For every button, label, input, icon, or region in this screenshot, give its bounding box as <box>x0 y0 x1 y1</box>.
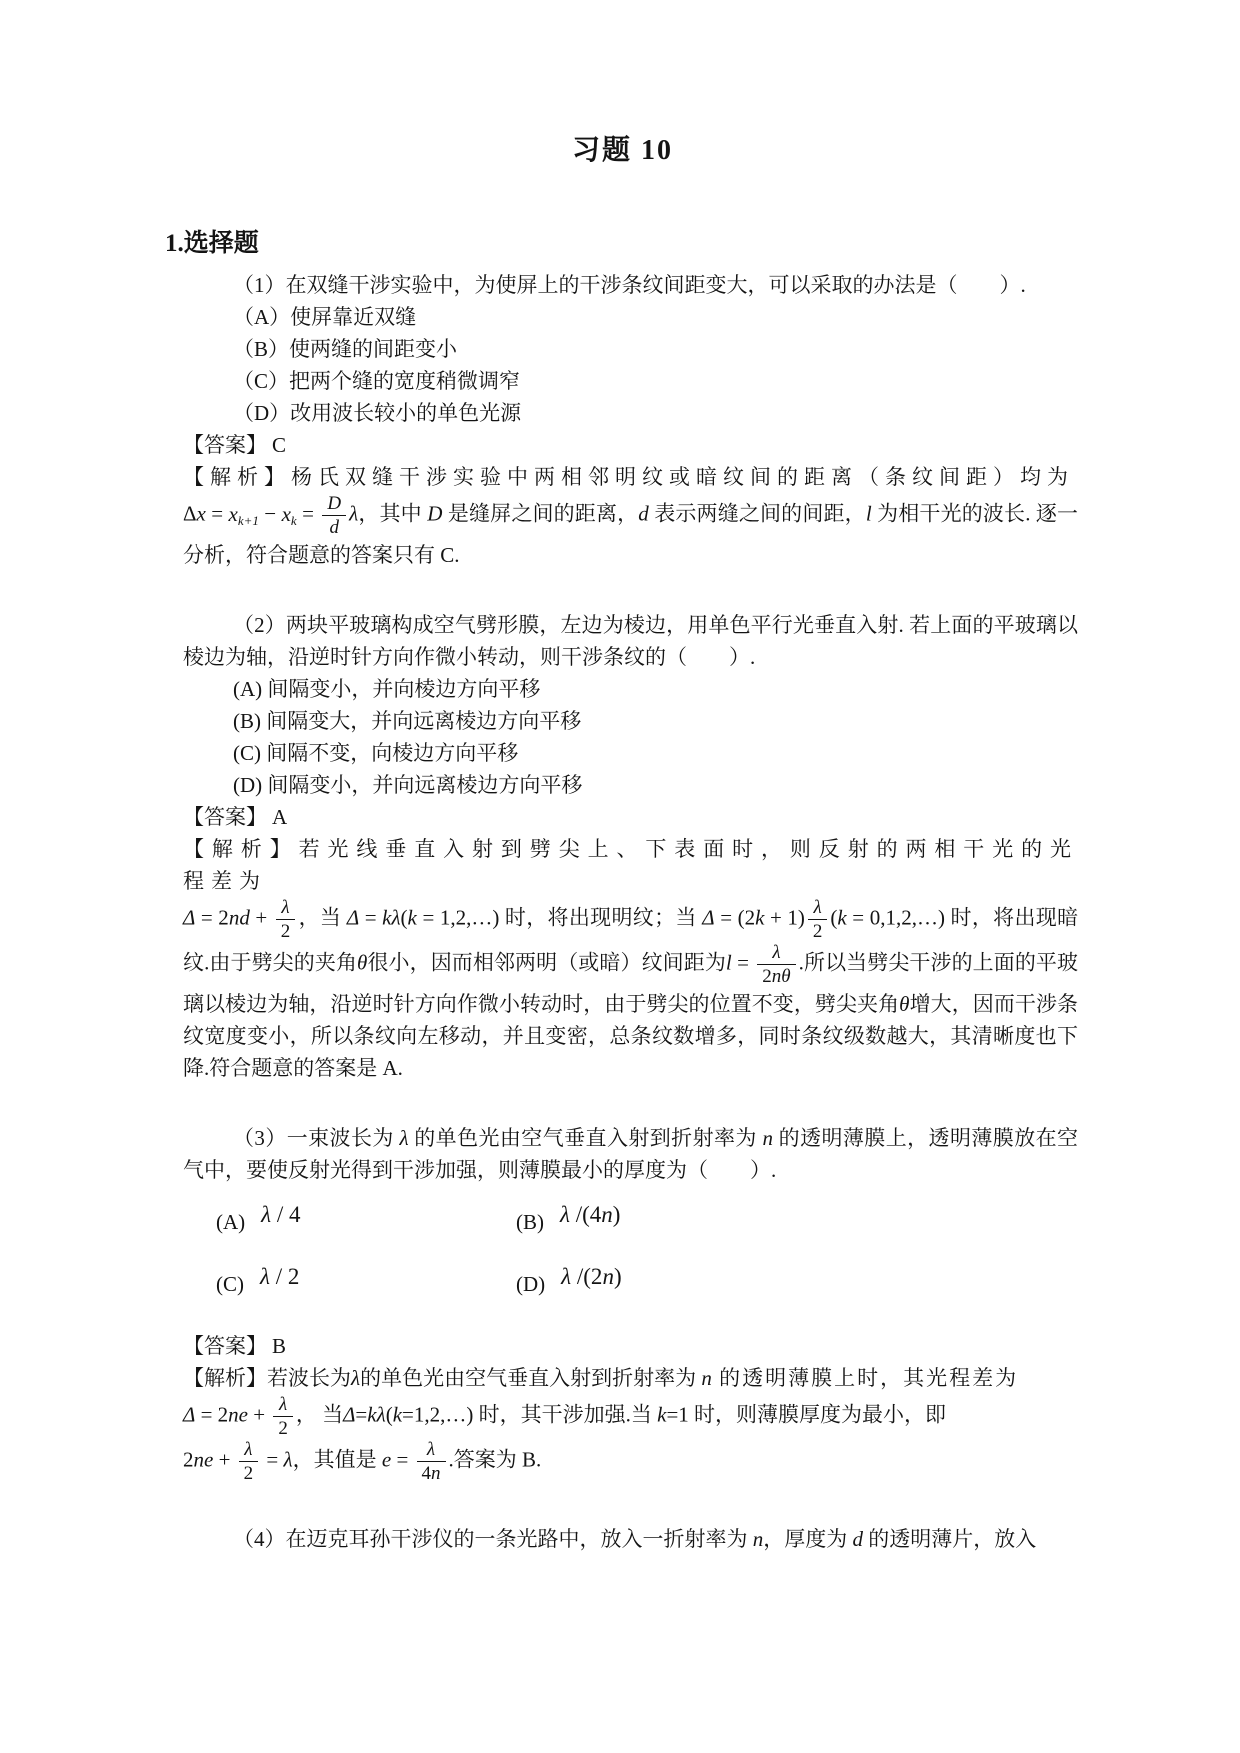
math-run: + <box>250 905 273 929</box>
q3-answer-value: B <box>272 1334 286 1358</box>
math-run: λ <box>244 1439 252 1460</box>
math-run: / 4 <box>271 1202 300 1227</box>
math-run: =1 <box>666 1402 688 1426</box>
q2-analysis: 【解析】若光线垂直入射到劈尖上、下表面时，则反射的两相干光的光程差为Δ = 2n… <box>183 833 1078 1084</box>
math-run: λ <box>279 1394 287 1415</box>
q3-answer: 【答案】B <box>183 1330 1078 1362</box>
q3-option-d: (D) λ /(2n) <box>516 1268 816 1300</box>
q3-option-a-label: (A) <box>216 1206 245 1238</box>
text-run: 的透明薄膜上时，其光程差为 <box>712 1366 1018 1390</box>
math-run: d <box>638 502 649 526</box>
text-run: 【解析】若光线垂直入射到劈尖上、下表面时，则反射的两相干光的光程差为 <box>183 837 1078 893</box>
math-run: n <box>753 1527 764 1551</box>
text-run: ，其中 <box>358 502 427 526</box>
math-run: x <box>197 502 206 526</box>
text-run: ， 当 <box>296 1402 343 1426</box>
text-run: 的透明薄片，放入 <box>863 1527 1036 1551</box>
q2-option-d: (D) 间隔变小，并向远离棱边方向平移 <box>183 769 1078 801</box>
fraction: λ2 <box>276 897 296 943</box>
document-page: 习题 10 1.选择题 （1）在双缝干涉实验中，为使屏上的干涉条纹间距变大，可以… <box>0 0 1240 1753</box>
math-run: λ <box>814 897 822 918</box>
math-run: = 2 <box>195 1402 228 1426</box>
math-run: λ <box>281 897 289 918</box>
text-run: 【解析】杨氏双缝干涉实验中两相邻明纹或暗纹间的距离（条纹间距）均为 <box>183 465 1074 489</box>
math-run: k <box>408 905 417 929</box>
math-run: D <box>427 502 442 526</box>
math-run: + 1) <box>764 905 804 929</box>
fraction: λ2nθ <box>757 942 795 988</box>
subscripted-variable: xk <box>282 502 297 526</box>
q1-answer: 【答案】C <box>183 429 1078 461</box>
math-run: =1,2,…) <box>402 1402 473 1426</box>
fraction: λ2 <box>273 1394 293 1440</box>
math-run: e <box>382 1448 391 1472</box>
q2-answer: 【答案】A <box>183 801 1078 833</box>
question-4: （4）在迈克耳孙干涉仪的一条光路中，放入一折射率为 n，厚度为 d 的透明薄片，… <box>183 1523 1078 1555</box>
math-run: = <box>732 951 755 975</box>
text-run: 【解析】若波长为 <box>183 1366 351 1390</box>
math-run: n <box>602 1264 614 1289</box>
q3-option-d-label: (D) <box>516 1268 545 1300</box>
math-run: = <box>206 502 229 526</box>
text-run: 的单色光由空气垂直入射到折射率为 <box>360 1366 701 1390</box>
math-run: θ <box>357 951 367 975</box>
spacer <box>183 1084 1078 1122</box>
q3-option-b-label: (B) <box>516 1206 544 1238</box>
math-run: Δ <box>183 1402 195 1426</box>
math-run: D <box>327 493 341 514</box>
math-run: /(2 <box>571 1264 602 1289</box>
math-run: ( <box>386 1402 393 1426</box>
math-run: d <box>853 1527 864 1551</box>
math-run: λ <box>349 502 358 526</box>
section-heading: 1.选择题 <box>165 223 1080 259</box>
math-run: = 0,1,2,…) <box>847 905 945 929</box>
text-run: 表示两缝之间的间距， <box>649 502 866 526</box>
math-run: k <box>393 1402 402 1426</box>
math-run: = (2 <box>715 905 755 929</box>
text-run: ，厚度为 <box>763 1527 852 1551</box>
math-run: λ <box>351 1366 360 1390</box>
question-1: （1）在双缝干涉实验中，为使屏上的干涉条纹间距变大，可以采取的办法是（ ）. （… <box>183 269 1078 571</box>
math-run: Δ <box>183 502 197 526</box>
q1-option-d: （D）改用波长较小的单色光源 <box>183 397 1078 429</box>
q3-analysis: 【解析】若波长为λ的单色光由空气垂直入射到折射率为 n 的透明薄膜上时，其光程差… <box>183 1362 1078 1485</box>
q3-options: (A) λ / 4 (B) λ /(4n) (C) λ / 2 (D) <box>216 1206 1078 1300</box>
math-run: Δ <box>347 905 359 929</box>
q3-answer-label: 【答案】 <box>183 1334 267 1358</box>
math-run: = <box>391 1448 413 1472</box>
q3-option-b: (B) λ /(4n) <box>516 1206 816 1238</box>
fraction: λ2 <box>239 1439 259 1485</box>
math-run: 2 <box>281 921 291 942</box>
text-run: 是缝屏之间的距离， <box>442 502 638 526</box>
page-title: 习题 10 <box>165 128 1080 168</box>
math-run: k <box>837 905 846 929</box>
math-run: λ <box>560 1202 570 1227</box>
text-run: 很小，因而相邻两明（或暗）纹间距为 <box>367 951 726 975</box>
q3-option-a-formula: λ / 4 <box>261 1199 300 1231</box>
text-run: ，其值是 <box>293 1448 382 1472</box>
math-run: 2 <box>244 1463 254 1484</box>
math-run: = 1,2,…) <box>417 905 499 929</box>
math-run: / 2 <box>270 1264 299 1289</box>
spacer <box>183 571 1078 609</box>
math-run: = <box>261 1448 283 1472</box>
math-run: = <box>355 1402 367 1426</box>
math-run: = <box>297 502 320 526</box>
fraction: λ4n <box>417 1439 446 1485</box>
math-run: /(4 <box>570 1202 601 1227</box>
question-3: （3）一束波长为 λ 的单色光由空气垂直入射到折射率为 n 的透明薄膜上，透明薄… <box>183 1122 1078 1485</box>
question-2: （2）两块平玻璃构成空气劈形膜，左边为棱边，用单色平行光垂直入射. 若上面的平玻… <box>183 609 1078 1084</box>
q3-option-row-2: (C) λ / 2 (D) λ /(2n) <box>216 1268 1078 1300</box>
math-run: ne <box>228 1402 248 1426</box>
math-run: = <box>359 905 382 929</box>
math-run: 2 <box>183 1448 194 1472</box>
math-run: − <box>259 502 282 526</box>
math-run: kλ <box>367 1402 385 1426</box>
text-run: 的单色光由空气垂直入射到折射率为 <box>409 1126 763 1150</box>
q2-answer-value: A <box>272 805 287 829</box>
math-run: d <box>329 517 339 538</box>
q1-answer-label: 【答案】 <box>183 433 267 457</box>
q3-option-row-1: (A) λ / 4 (B) λ /(4n) <box>216 1206 1078 1238</box>
text-run: .答案为 B. <box>449 1448 542 1472</box>
q1-option-b: （B）使两缝的间距变小 <box>183 333 1078 365</box>
q2-option-a: (A) 间隔变小，并向棱边方向平移 <box>183 673 1078 705</box>
subscripted-variable: xk+1 <box>229 502 259 526</box>
text-run: ，当 <box>298 905 347 929</box>
math-run: 4 <box>422 1463 432 1484</box>
q2-answer-label: 【答案】 <box>183 805 267 829</box>
math-run: θ <box>899 992 909 1016</box>
q3-option-c: (C) λ / 2 <box>216 1268 516 1300</box>
math-run: n <box>601 1202 613 1227</box>
q3-option-d-formula: λ /(2n) <box>561 1261 621 1293</box>
math-run: 2 <box>278 1418 288 1439</box>
spacer <box>183 1485 1078 1523</box>
math-run: n <box>763 1126 774 1150</box>
q1-analysis: 【解析】杨氏双缝干涉实验中两相邻明纹或暗纹间的距离（条纹间距）均为Δx = xk… <box>183 461 1078 571</box>
math-run: n <box>431 1463 441 1484</box>
math-run: λ <box>772 942 780 963</box>
q2-option-c: (C) 间隔不变，向棱边方向平移 <box>183 737 1078 769</box>
text-run: （4）在迈克耳孙干涉仪的一条光路中，放入一折射率为 <box>233 1527 753 1551</box>
q1-option-a: （A）使屏靠近双缝 <box>183 301 1078 333</box>
math-run: Δ <box>702 905 714 929</box>
math-run: 2 <box>813 921 823 942</box>
q1-answer-value: C <box>272 433 286 457</box>
math-run: nd <box>229 905 250 929</box>
math-run: λ <box>399 1126 408 1150</box>
math-run: + <box>248 1402 270 1426</box>
math-run: kλ <box>382 905 400 929</box>
q3-option-c-formula: λ / 2 <box>260 1261 299 1293</box>
text-run: 时，则薄膜厚度为最小，即 <box>689 1402 946 1426</box>
text-run: 时，其干涉加强.当 <box>473 1402 657 1426</box>
math-run: ne <box>194 1448 214 1472</box>
q3-option-b-formula: λ /(4n) <box>560 1199 620 1231</box>
text-run: （3）一束波长为 <box>233 1126 399 1150</box>
q2-option-b: (B) 间隔变大，并向远离棱边方向平移 <box>183 705 1078 737</box>
math-run: + <box>213 1448 235 1472</box>
math-run: λ <box>260 1264 270 1289</box>
math-run: λ <box>427 1439 435 1460</box>
math-run: λ <box>284 1448 293 1472</box>
fraction: λ2 <box>808 897 828 943</box>
q3-stem: （3）一束波长为 λ 的单色光由空气垂直入射到折射率为 n 的透明薄膜上，透明薄… <box>183 1122 1078 1186</box>
math-run: Δ <box>183 905 195 929</box>
q1-option-c: （C）把两个缝的宽度稍微调窄 <box>183 365 1078 397</box>
math-run: = 2 <box>195 905 228 929</box>
math-run: ( <box>401 905 408 929</box>
math-run: n <box>701 1366 712 1390</box>
math-run: 2 <box>762 966 772 987</box>
math-run: λ <box>261 1202 271 1227</box>
math-run: λ <box>561 1264 571 1289</box>
fraction: Dd <box>322 493 346 539</box>
q3-option-c-label: (C) <box>216 1268 244 1300</box>
q4-stem: （4）在迈克耳孙干涉仪的一条光路中，放入一折射率为 n，厚度为 d 的透明薄片，… <box>183 1523 1078 1555</box>
math-run: ) <box>614 1264 622 1289</box>
document-body: （1）在双缝干涉实验中，为使屏上的干涉条纹间距变大，可以采取的办法是（ ）. （… <box>183 269 1078 1555</box>
q1-stem: （1）在双缝干涉实验中，为使屏上的干涉条纹间距变大，可以采取的办法是（ ）. <box>183 269 1078 301</box>
math-run: Δ <box>343 1402 355 1426</box>
text-run: 时，将出现明纹；当 <box>499 905 702 929</box>
q3-option-a: (A) λ / 4 <box>216 1206 516 1238</box>
math-run: nθ <box>772 966 791 987</box>
math-run: ) <box>613 1202 621 1227</box>
q2-stem: （2）两块平玻璃构成空气劈形膜，左边为棱边，用单色平行光垂直入射. 若上面的平玻… <box>183 609 1078 673</box>
